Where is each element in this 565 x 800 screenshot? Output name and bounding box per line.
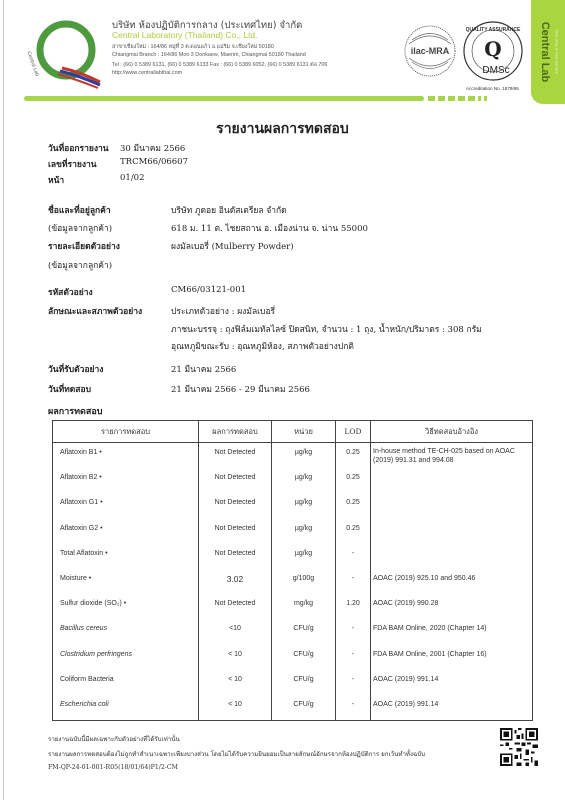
method-cell-text: FDA BAM Online, 2020 (Chapter 14) — [373, 625, 487, 632]
unit-cell-text: CFU/g — [293, 676, 313, 683]
branch-address-english: Chiangmai Branch : 164/86 Moo 3 Donkaew,… — [112, 52, 306, 58]
footer-note-copy-restriction: รายงานผลการทดสอบต้องไม่ถูกทำสำเนาเฉพาะเพ… — [48, 749, 425, 759]
lod-cell-text: - — [352, 550, 354, 557]
test-item-cell: Aflatoxin G2 • — [53, 519, 199, 544]
report-title: รายงานผลการทดสอบ — [0, 118, 565, 140]
table-row: Bacillus cereus<10CFU/g-FDA BAM Online, … — [53, 619, 533, 644]
svg-text:Q: Q — [484, 37, 501, 61]
customer-label: ชื่อและที่อยู่ลูกค้า — [48, 203, 111, 217]
test-item-cell: Bacillus cereus — [53, 619, 199, 644]
footer-note-validity: รายงานฉบับนี้มีผลเฉพาะกับตัวอย่างที่ได้ร… — [48, 734, 180, 744]
result-cell-text: Not Detected — [215, 499, 256, 506]
test-item-cell-text: Escherichia coli — [60, 701, 109, 708]
unit-cell: µg/kg — [272, 468, 336, 493]
sample-condition-line: ประเภทตัวอย่าง : ผงมัลเบอรี่ — [171, 304, 275, 318]
result-cell-text: Not Detected — [215, 550, 256, 557]
test-item-cell: Moisture • — [53, 569, 199, 594]
column-header-method: วิธีทดสอบอ้างอิง — [371, 421, 533, 443]
method-cell-text: AOAC (2019) 925.10 and 950.46 — [373, 575, 475, 582]
test-item-cell-text: Aflatoxin B2 • — [60, 474, 102, 481]
test-item-cell-text: Coliform Bacteria — [60, 676, 114, 683]
column-header-lod: LOD — [336, 421, 371, 443]
header-divider-dots — [428, 96, 487, 101]
method-cell-text: FDA BAM Online, 2001 (Chapter 16) — [373, 651, 487, 658]
test-item-cell: Aflatoxin G1 • — [53, 493, 199, 518]
method-cell-text: AOAC (2019) 991.14 — [373, 701, 438, 708]
unit-cell: CFU/g — [272, 695, 336, 721]
method-cell: FDA BAM Online, 2020 (Chapter 14) — [371, 619, 533, 644]
method-cell: In-house method TE-CH-025 based on AOAC … — [371, 443, 533, 569]
issue-date-value: 30 มีนาคม 2566 — [120, 141, 185, 155]
table-row: Coliform Bacteria< 10CFU/g-AOAC (2019) 9… — [53, 670, 533, 695]
method-cell-text: AOAC (2019) 990.28 — [373, 600, 438, 607]
report-number-value: TRCM66/06607 — [120, 157, 188, 167]
test-item-cell-text: Sulfur dioxide (SO₂) • — [60, 600, 126, 607]
method-cell: AOAC (2019) 925.10 and 950.46 — [371, 569, 533, 594]
central-lab-side-tab: Central Lab One Stop & Fast Service — [531, 0, 565, 104]
company-name-english: Central Laboratory (Thailand) Co., Ltd. — [112, 30, 258, 40]
svg-text:DMSc: DMSc — [482, 65, 509, 76]
sample-code-value: CM66/03121-001 — [171, 285, 246, 295]
result-cell-text: < 10 — [228, 676, 242, 683]
result-cell-text: 3.02 — [227, 574, 244, 584]
received-date-label: วันที่รับตัวอย่าง — [48, 362, 103, 376]
sample-code-label: รหัสตัวอย่าง — [48, 285, 93, 299]
lod-cell-text: - — [352, 701, 354, 708]
unit-cell: µg/kg — [272, 493, 336, 518]
test-item-cell: Aflatoxin B1 • — [53, 443, 199, 469]
sample-description-label: รายละเอียดตัวอย่าง — [48, 239, 120, 253]
sample-condition-line: อุณหภูมิขณะรับ : อุณหภูมิห้อง, สภาพตัวอย… — [171, 339, 354, 353]
unit-cell-text: g/100g — [293, 575, 314, 582]
unit-cell-text: µg/kg — [295, 449, 312, 456]
table-row: Moisture •3.02g/100g-AOAC (2019) 925.10 … — [53, 569, 533, 594]
lod-cell-text: - — [352, 575, 354, 582]
method-cell-text: In-house method TE-CH-025 based on AOAC … — [373, 448, 515, 464]
lod-cell-text: 0.25 — [346, 525, 360, 532]
result-cell: < 10 — [199, 670, 272, 695]
lod-cell: - — [336, 569, 371, 594]
table-row: Escherichia coli< 10CFU/g-AOAC (2019) 99… — [53, 695, 533, 721]
svg-text:QUALITY ASSURANCE: QUALITY ASSURANCE — [466, 27, 521, 33]
result-cell: Not Detected — [199, 493, 272, 518]
side-tab-subtitle: One Stop & Fast Service — [555, 30, 560, 74]
lod-cell: 0.25 — [336, 468, 371, 493]
method-cell: AOAC (2019) 991.14 — [371, 695, 533, 721]
result-cell: <10 — [199, 619, 272, 644]
unit-cell: µg/kg — [272, 544, 336, 569]
test-item-cell: Coliform Bacteria — [53, 670, 199, 695]
test-date-label: วันที่ทดสอบ — [48, 382, 91, 396]
lod-cell: - — [336, 670, 371, 695]
results-heading: ผลการทดสอบ — [48, 404, 103, 418]
dmsc-quality-assurance-logo-icon: QUALITY ASSURANCE Q DMSc — [462, 20, 524, 82]
result-cell: < 10 — [199, 695, 272, 721]
lod-cell-text: - — [352, 625, 354, 632]
lod-cell-text: 0.25 — [346, 449, 360, 456]
unit-cell-text: CFU/g — [293, 651, 313, 658]
unit-cell-text: mg/kg — [294, 600, 313, 607]
form-code: FM-QP-24-01-001-R05(18/01/64)P1/2-CM — [48, 764, 178, 771]
test-item-cell: Aflatoxin B2 • — [53, 468, 199, 493]
lod-cell-text: - — [352, 651, 354, 658]
table-row: Aflatoxin B1 •Not Detectedµg/kg0.25In-ho… — [53, 443, 533, 469]
table-header-row: รายการทดสอบ ผลการทดสอบ หน่วย LOD วิธีทดส… — [53, 421, 533, 443]
sample-condition-label: ลักษณะและสภาพตัวอย่าง — [48, 304, 142, 318]
lod-cell: - — [336, 619, 371, 644]
column-header-test-item: รายการทดสอบ — [53, 421, 199, 443]
column-header-result: ผลการทดสอบ — [199, 421, 272, 443]
result-cell-text: Not Detected — [215, 474, 256, 481]
lod-cell: 0.25 — [336, 519, 371, 544]
sample-description-note: (ข้อมูลจากลูกค้า) — [48, 258, 112, 272]
lod-cell: 0.25 — [336, 493, 371, 518]
report-number-label: เลขที่รายงาน — [48, 157, 97, 171]
lod-cell: - — [336, 544, 371, 569]
result-cell-text: Not Detected — [215, 449, 256, 456]
side-tab-title: Central Lab — [539, 22, 551, 83]
test-item-cell: Total Aflatoxin • — [53, 544, 199, 569]
lod-cell-text: 1.20 — [346, 600, 360, 607]
lod-cell: - — [336, 645, 371, 670]
table-row: Sulfur dioxide (SO₂) •Not Detectedmg/kg1… — [53, 594, 533, 619]
result-cell-text: Not Detected — [215, 600, 256, 607]
received-date-value: 21 มีนาคม 2566 — [171, 362, 236, 376]
issue-date-label: วันที่ออกรายงาน — [48, 141, 109, 155]
result-cell-text: <10 — [229, 625, 241, 632]
ilac-mra-logo-icon: ilac-MRA — [403, 24, 457, 78]
result-cell: Not Detected — [199, 468, 272, 493]
customer-address: 618 ม. 11 ต. ไชยสถาน อ. เมืองน่าน จ. น่า… — [171, 221, 368, 235]
central-lab-logo-icon: Central Lab — [22, 14, 102, 90]
test-item-cell-text: Aflatoxin B1 • — [60, 449, 102, 456]
lod-cell: 0.25 — [336, 443, 371, 469]
svg-text:ilac-MRA: ilac-MRA — [411, 46, 450, 56]
website-link[interactable]: http://www.centrallabthai.com — [112, 70, 182, 76]
column-header-unit: หน่วย — [272, 421, 336, 443]
method-cell: AOAC (2019) 991.14 — [371, 670, 533, 695]
result-cell: Not Detected — [199, 544, 272, 569]
test-date-value: 21 มีนาคม 2566 - 29 มีนาคม 2566 — [171, 382, 310, 396]
results-table: รายการทดสอบ ผลการทดสอบ หน่วย LOD วิธีทดส… — [52, 420, 533, 721]
unit-cell-text: CFU/g — [293, 625, 313, 632]
result-cell-text: < 10 — [228, 651, 242, 658]
unit-cell: CFU/g — [272, 670, 336, 695]
unit-cell-text: µg/kg — [295, 550, 312, 557]
method-cell: AOAC (2019) 990.28 — [371, 594, 533, 619]
header-divider-bar — [24, 96, 424, 101]
result-cell: 3.02 — [199, 569, 272, 594]
unit-cell: µg/kg — [272, 443, 336, 469]
result-cell: Not Detected — [199, 519, 272, 544]
test-item-cell-text: Clostridium perfringens — [60, 651, 132, 658]
contact-phone-fax: Tel : (66) 0 5389 6131, (66) 0 5389 6133… — [112, 61, 327, 69]
lod-cell-text: 0.25 — [346, 474, 360, 481]
test-item-cell-text: Aflatoxin G1 • — [60, 499, 103, 506]
lod-cell-text: 0.25 — [346, 499, 360, 506]
sample-description-value: ผงมัลเบอรี่ (Mulberry Powder) — [171, 239, 294, 253]
test-item-cell-text: Aflatoxin G2 • — [60, 525, 103, 532]
unit-cell-text: µg/kg — [295, 525, 312, 532]
unit-cell: g/100g — [272, 569, 336, 594]
customer-note: (ข้อมูลจากลูกค้า) — [48, 221, 112, 235]
result-cell-text: Not Detected — [215, 525, 256, 532]
test-item-cell-text: Moisture • — [60, 575, 91, 582]
unit-cell: CFU/g — [272, 619, 336, 644]
accreditation-number: Accreditation No. 1879/65 — [466, 86, 519, 91]
branch-address-thai: สาขาเชียงใหม่ : 164/86 หมู่ที่ 3 ต.ดอนแก… — [112, 43, 274, 51]
table-row: Clostridium perfringens< 10CFU/g-FDA BAM… — [53, 645, 533, 670]
qr-code-icon[interactable] — [500, 728, 538, 766]
test-item-cell-text: Total Aflatoxin • — [60, 550, 108, 557]
unit-cell: µg/kg — [272, 519, 336, 544]
result-cell: Not Detected — [199, 443, 272, 469]
method-cell: FDA BAM Online, 2001 (Chapter 16) — [371, 645, 533, 670]
test-item-cell: Clostridium perfringens — [53, 645, 199, 670]
page-label: หน้า — [48, 173, 64, 187]
test-item-cell-text: Bacillus cereus — [60, 625, 107, 632]
lod-cell-text: - — [352, 676, 354, 683]
method-cell-text: AOAC (2019) 991.14 — [373, 676, 438, 683]
unit-cell: mg/kg — [272, 594, 336, 619]
unit-cell: CFU/g — [272, 645, 336, 670]
result-cell-text: < 10 — [228, 701, 242, 708]
customer-name: บริษัท ภูดอย อินดัสเตรียล จำกัด — [171, 203, 287, 217]
test-item-cell: Sulfur dioxide (SO₂) • — [53, 594, 199, 619]
page-value: 01/02 — [120, 173, 145, 183]
test-item-cell: Escherichia coli — [53, 695, 199, 721]
result-cell: Not Detected — [199, 594, 272, 619]
unit-cell-text: µg/kg — [295, 474, 312, 481]
unit-cell-text: µg/kg — [295, 499, 312, 506]
sample-condition-line: ภาชนะบรรจุ : ถุงฟิล์มเมทัลไลซ์ ปิดสนิท, … — [171, 322, 482, 336]
unit-cell-text: CFU/g — [293, 701, 313, 708]
lod-cell: - — [336, 695, 371, 721]
result-cell: < 10 — [199, 645, 272, 670]
lod-cell: 1.20 — [336, 594, 371, 619]
